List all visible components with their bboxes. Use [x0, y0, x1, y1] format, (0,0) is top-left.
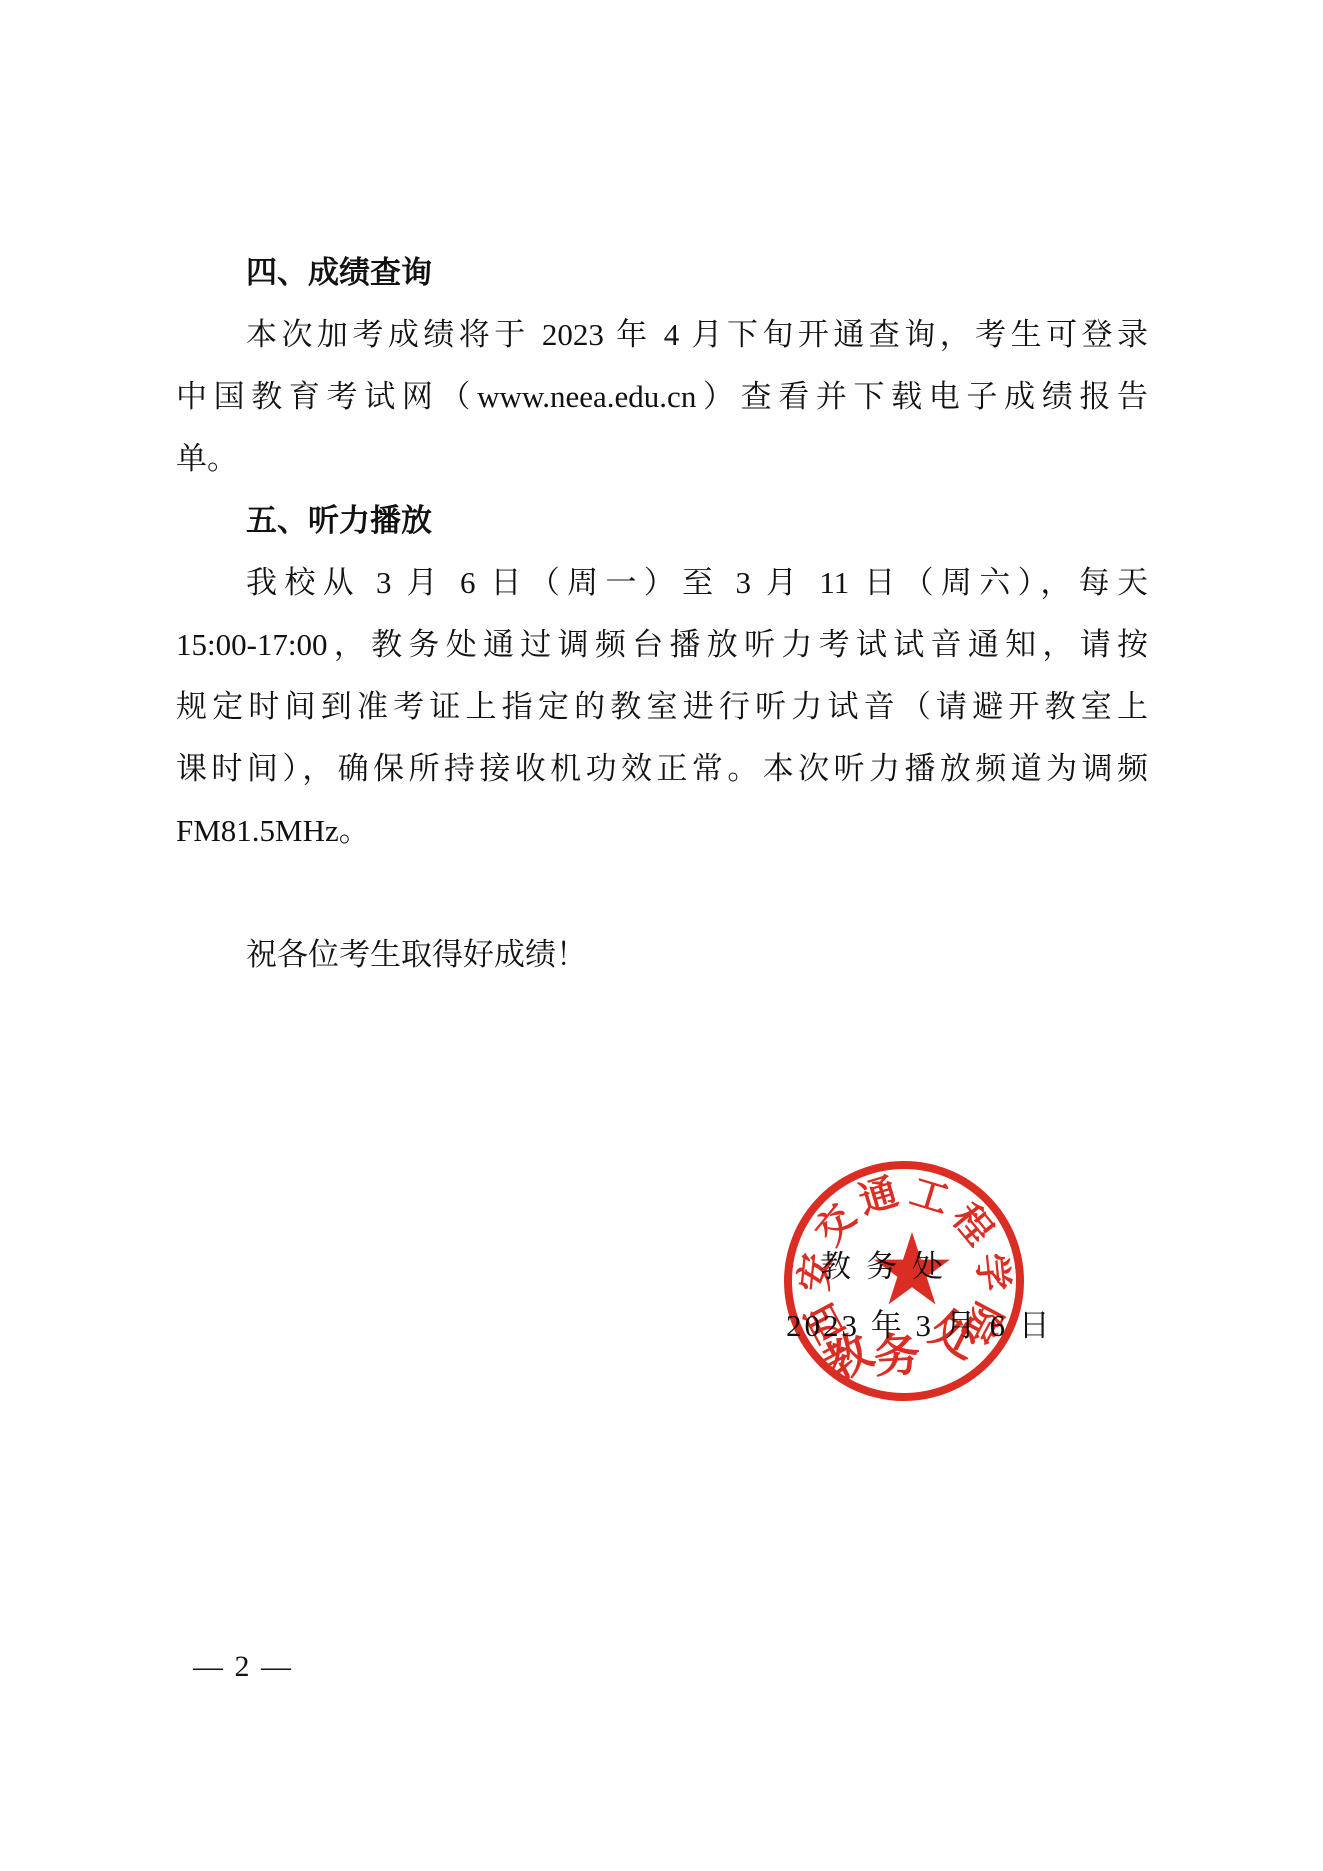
paragraph-line: 我校从 3 月 6 日（周一）至 3 月 11 日（周六），每天 [176, 552, 1148, 614]
official-seal-stamp: 西 安 交 通 工 程 学 院 教 务 处 [780, 1157, 1028, 1405]
section-4-heading: 四、成绩查询 [176, 242, 1148, 304]
paragraph-line: FM81.5MHz。 [176, 800, 1148, 862]
closing-wish: 祝各位考生取得好成绩！ [176, 924, 1148, 986]
paragraph-line: 规定时间到准考证上指定的教室进行听力试音（请避开教室上 [176, 676, 1148, 738]
seal-star-icon [874, 1232, 950, 1304]
document-body: 四、成绩查询 本次加考成绩将于 2023 年 4 月下旬开通查询，考生可登录 中… [176, 242, 1148, 986]
seal-char: 学 [969, 1251, 1015, 1293]
page-number: — 2 — [193, 1652, 293, 1682]
blank-line [176, 862, 1148, 924]
seal-char: 务 [873, 1329, 922, 1382]
paragraph-line: 单。 [176, 428, 1148, 490]
seal-char: 工 [905, 1171, 954, 1222]
seal-char: 安 [794, 1251, 840, 1293]
paragraph-line: 15:00-17:00，教务处通过调频台播放听力考试试音通知，请按 [176, 614, 1148, 676]
document-page: 四、成绩查询 本次加考成绩将于 2023 年 4 月下旬开通查询，考生可登录 中… [0, 0, 1323, 1871]
seal-char: 通 [854, 1171, 903, 1222]
paragraph-line: 课时间），确保所持接收机功效正常。本次听力播放频道为调频 [176, 738, 1148, 800]
paragraph-line: 中国教育考试网（www.neea.edu.cn）查看并下载电子成绩报告 [176, 366, 1148, 428]
paragraph-line: 本次加考成绩将于 2023 年 4 月下旬开通查询，考生可登录 [176, 304, 1148, 366]
section-5-heading: 五、听力播放 [176, 490, 1148, 552]
